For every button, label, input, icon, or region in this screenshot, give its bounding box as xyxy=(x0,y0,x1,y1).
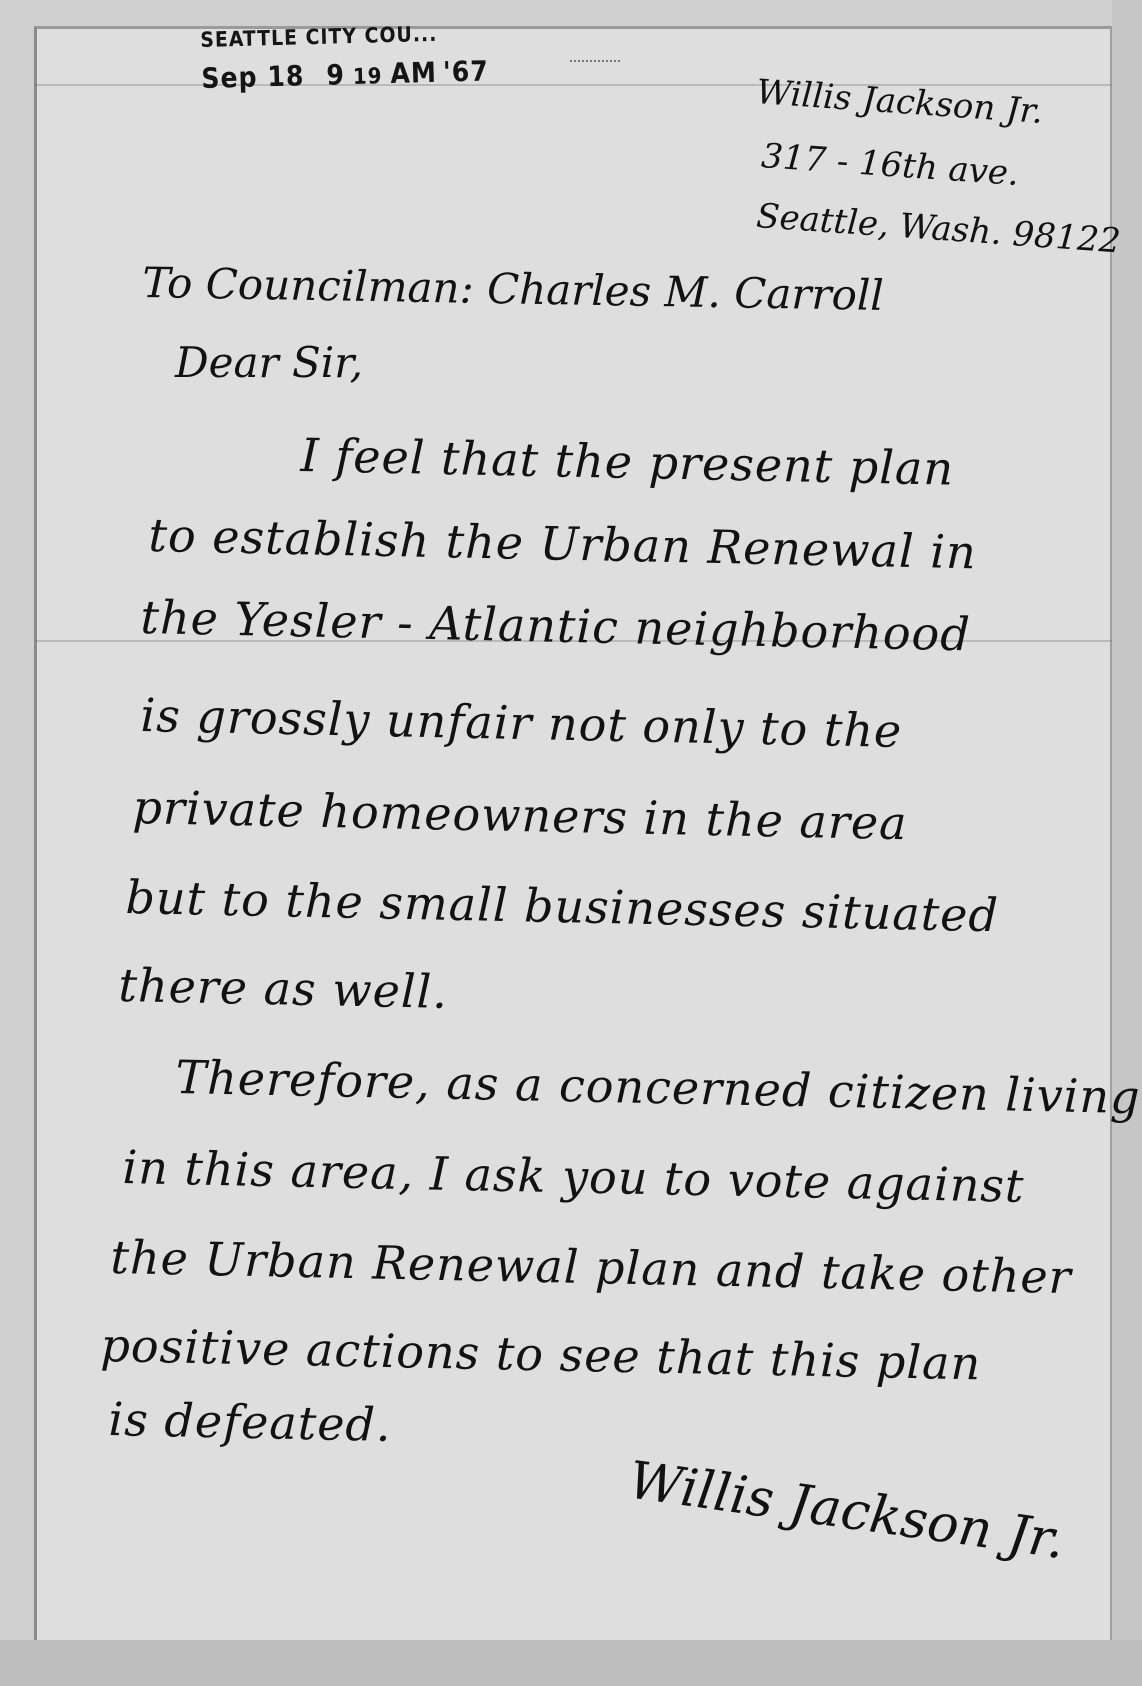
stamp-hour: 9 xyxy=(326,58,345,91)
pencil-marks xyxy=(570,60,620,68)
stamp-ampm: AM xyxy=(390,56,437,90)
received-date-stamp: SEATTLE CITY COU... Sep 18919AM'67 xyxy=(200,20,511,95)
salutation: Dear Sir, xyxy=(175,338,363,387)
body-line: is defeated. xyxy=(108,1392,392,1452)
background-bottom xyxy=(0,1640,1142,1686)
stamp-date: Sep 18 xyxy=(201,59,305,95)
body-line: there as well. xyxy=(118,958,449,1019)
stamp-minute: 19 xyxy=(353,64,383,90)
stamp-organization: SEATTLE CITY COU... xyxy=(200,20,510,52)
stamp-year: '67 xyxy=(443,54,490,88)
